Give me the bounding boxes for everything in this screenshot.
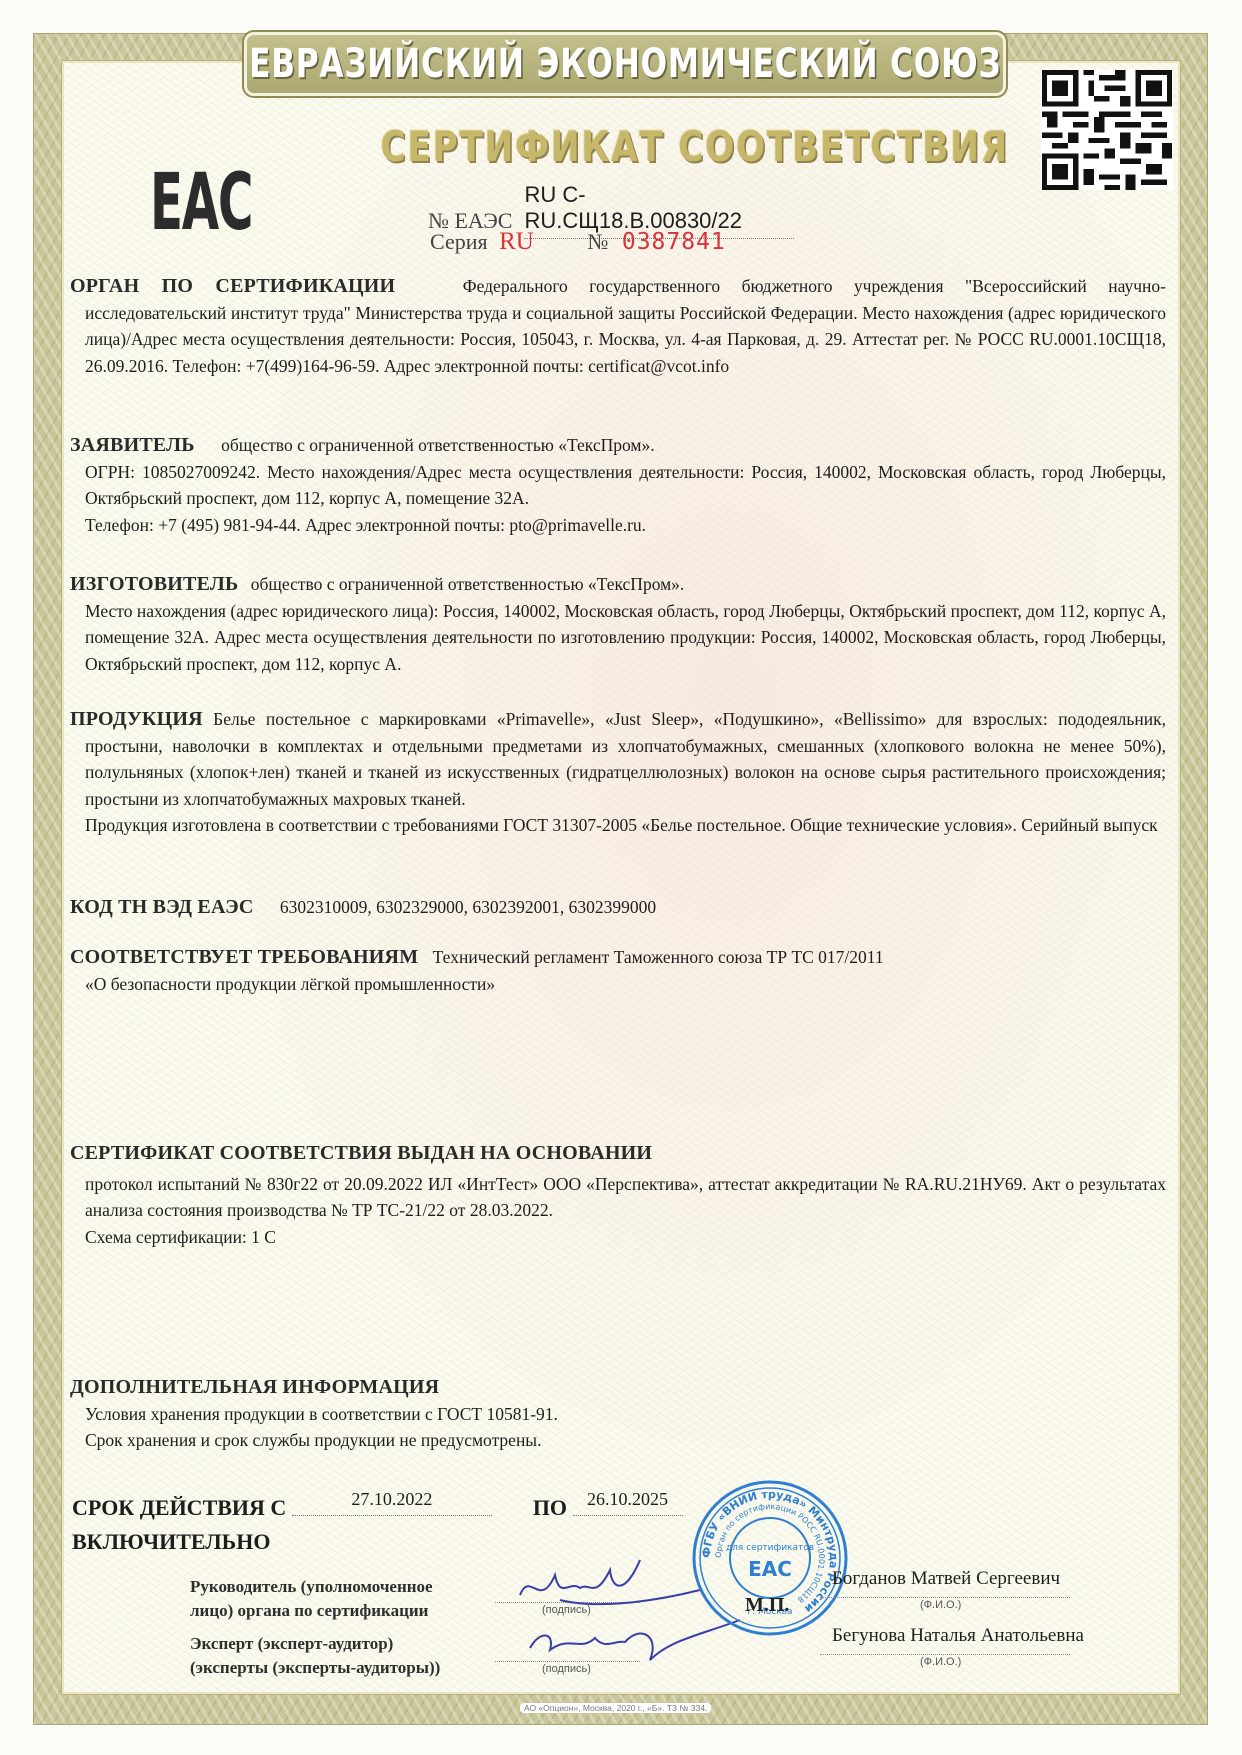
product-heading: ПРОДУКЦИЯ <box>70 708 203 730</box>
expert-label-line-2: (эксперты (эксперты-аудиторы)) <box>190 1656 440 1680</box>
section-certification-body: ОРГАН ПО СЕРТИФИКАЦИИ Федерального госуд… <box>70 273 1166 379</box>
expert-label-line-1: Эксперт (эксперт-аудитор) <box>190 1632 440 1656</box>
additional-line-1: Условия хранения продукции в соответстви… <box>70 1401 1166 1428</box>
section-basis: СЕРТИФИКАТ СООТВЕТСТВИЯ ВЫДАН НА ОСНОВАН… <box>70 1140 1166 1250</box>
basis-heading: СЕРТИФИКАТ СООТВЕТСТВИЯ ВЫДАН НА ОСНОВАН… <box>70 1140 1166 1167</box>
additional-heading: ДОПОЛНИТЕЛЬНАЯ ИНФОРМАЦИЯ <box>70 1374 1166 1401</box>
blank-number: 0387841 <box>622 229 726 255</box>
head-label-line-1: Руководитель (уполномоченное <box>190 1575 433 1599</box>
hs-codes: 6302310009, 6302329000, 6302392001, 6302… <box>280 897 656 917</box>
printer-imprint: АО «Опцион», Москва, 2020 г., «Б». ТЗ № … <box>520 1703 711 1713</box>
expert-name-caption: (Ф.И.О.) <box>920 1656 961 1668</box>
section-conforms: СООТВЕТСТВУЕТ ТРЕБОВАНИЯМ Технический ре… <box>70 944 1166 997</box>
expert-signatory-label: Эксперт (эксперт-аудитор) (эксперты (экс… <box>190 1632 440 1680</box>
manufacturer-name: общество с ограниченной ответственностью… <box>251 574 685 594</box>
validity-from-date: 27.10.2022 <box>292 1483 492 1516</box>
eac-logo-icon: ЕАС <box>150 158 252 248</box>
additional-line-2: Срок хранения и срок службы продукции не… <box>70 1427 1166 1454</box>
section-additional: ДОПОЛНИТЕЛЬНАЯ ИНФОРМАЦИЯ Условия хранен… <box>70 1374 1166 1454</box>
head-name-caption: (Ф.И.О.) <box>920 1599 961 1611</box>
series-label: Серия <box>430 229 488 254</box>
section-product: ПРОДУКЦИЯ Белье постельное с маркировкам… <box>70 706 1166 839</box>
series-value: RU <box>499 228 534 255</box>
product-standard: Продукция изготовлена в соответствии с т… <box>70 812 1166 839</box>
section-manufacturer: ИЗГОТОВИТЕЛЬ общество с ограниченной отв… <box>70 571 1166 677</box>
basis-text: протокол испытаний № 830г22 от 20.09.202… <box>70 1171 1166 1224</box>
manufacturer-heading: ИЗГОТОВИТЕЛЬ <box>70 573 238 595</box>
series-line: Серия RU № 0387841 <box>430 228 726 256</box>
technical-regulation: Технический регламент Таможенного союза … <box>433 947 884 967</box>
applicant-address: ОГРН: 1085027009242. Место нахождения/Ад… <box>70 459 1166 512</box>
conforms-heading: СООТВЕТСТВУЕТ ТРЕБОВАНИЯМ <box>70 946 418 968</box>
svg-text:ЕАС: ЕАС <box>748 1557 792 1581</box>
head-label-line-2: лицо) органа по сертификации <box>190 1599 433 1623</box>
expert-name: Бегунова Наталья Анатольевна <box>832 1625 1084 1647</box>
validity-to-date: 26.10.2025 <box>573 1483 683 1516</box>
qr-code-icon <box>1041 70 1173 190</box>
applicant-contacts: Телефон: +7 (495) 981-94-44. Адрес элект… <box>70 512 1166 539</box>
hs-code-heading: КОД ТН ВЭД ЕАЭС <box>70 896 254 918</box>
technical-regulation-title: «О безопасности продукции лёгкой промышл… <box>70 971 1166 998</box>
seal-place-label: М.П. <box>745 1594 789 1617</box>
validity-from-label: СРОК ДЕЙСТВИЯ С <box>72 1495 286 1520</box>
section-applicant: ЗАЯВИТЕЛЬ общество с ограниченной ответс… <box>70 432 1166 538</box>
union-title: ЕВРАЗИЙСКИЙ ЭКОНОМИЧЕСКИЙ СОЮЗ <box>249 41 1001 87</box>
blank-number-label: № <box>587 229 608 254</box>
svg-text:для сертификатов: для сертификатов <box>726 1543 814 1553</box>
head-signatory-label: Руководитель (уполномоченное лицо) орган… <box>190 1575 433 1623</box>
document-title: СЕРТИФИКАТ СООТВЕТСТВИЯ <box>380 122 839 171</box>
head-name-line <box>820 1597 1070 1598</box>
section-hs-code: КОД ТН ВЭД ЕАЭС 6302310009, 6302329000, … <box>70 894 1166 921</box>
applicant-heading: ЗАЯВИТЕЛЬ <box>70 434 195 456</box>
certification-body-heading: ОРГАН ПО СЕРТИФИКАЦИИ <box>70 275 395 297</box>
validity-to-label: ПО <box>533 1495 567 1520</box>
product-description: Белье постельное с маркировками «Primave… <box>85 709 1166 809</box>
manufacturer-address: Место нахождения (адрес юридического лиц… <box>70 598 1166 678</box>
head-name: Богданов Матвей Сергеевич <box>832 1568 1060 1590</box>
certification-scheme: Схема сертификации: 1 С <box>70 1224 1166 1251</box>
expert-name-line <box>820 1654 1070 1655</box>
union-banner: ЕВРАЗИЙСКИЙ ЭКОНОМИЧЕСКИЙ СОЮЗ <box>244 32 1006 96</box>
applicant-name: общество с ограниченной ответственностью… <box>221 435 655 455</box>
